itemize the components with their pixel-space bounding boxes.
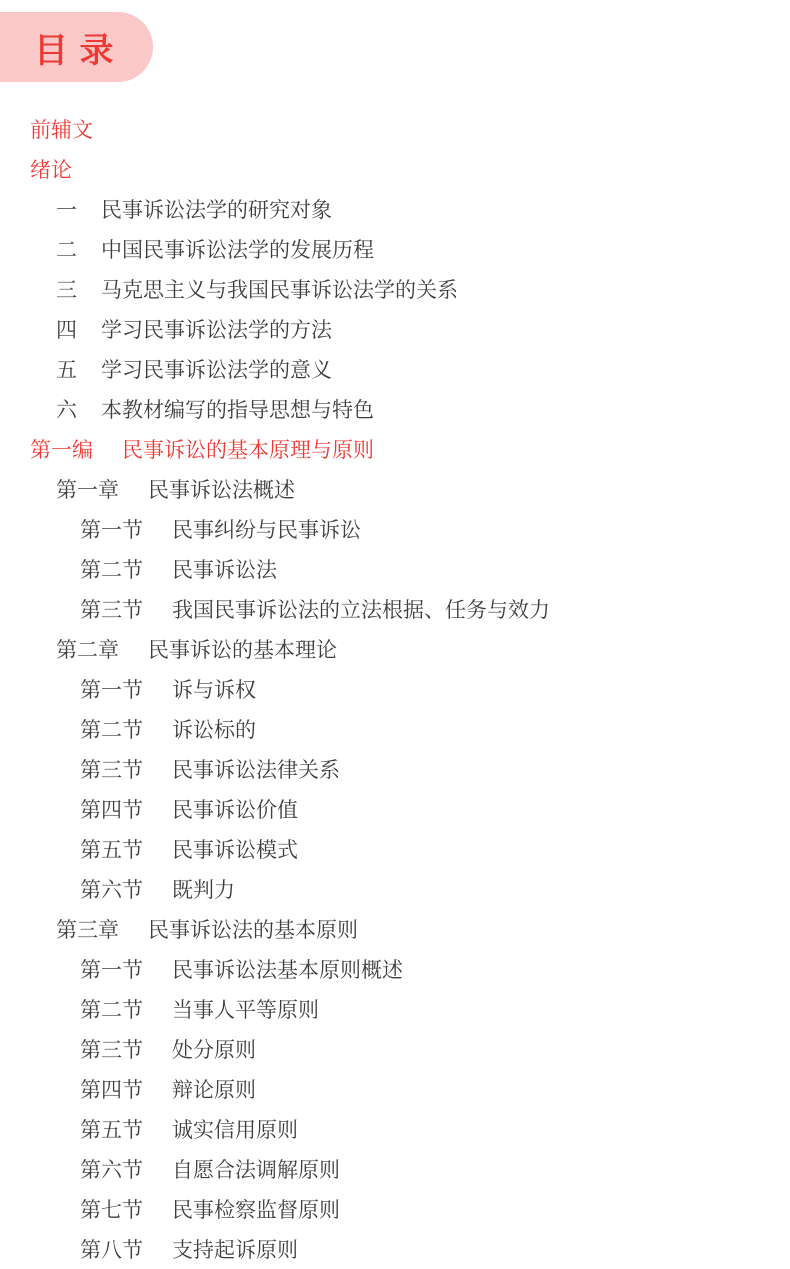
toc-item[interactable]: 第一章民事诉讼法概述 [0,469,790,509]
toc-item[interactable]: 第二节诉讼标的 [0,709,790,749]
toc-item-title: 学习民事诉讼法学的意义 [101,354,332,384]
toc-item-number: 第五节 [80,1114,143,1144]
toc-item[interactable]: 第三章民事诉讼法的基本原则 [0,909,790,949]
toc-item[interactable]: 三马克思主义与我国民事诉讼法学的关系 [0,269,790,309]
toc-item-number: 第四节 [80,1074,143,1104]
toc-item-number: 四 [56,314,77,344]
toc-item[interactable]: 第四节辩论原则 [0,1069,790,1109]
toc-item-number: 二 [56,234,77,264]
toc-item-number: 三 [56,274,77,304]
toc-item-number: 第六节 [80,874,143,904]
toc-item[interactable]: 第四节民事诉讼价值 [0,789,790,829]
toc-item-title: 民事诉讼法概述 [148,474,295,504]
toc-item-number: 第二章 [56,634,119,664]
toc-item-number: 第一节 [80,514,143,544]
toc-item-title: 处分原则 [172,1034,256,1064]
toc-item-number: 第五节 [80,834,143,864]
toc-item-title: 当事人平等原则 [172,994,319,1024]
toc-item[interactable]: 第一节民事诉讼法基本原则概述 [0,949,790,989]
toc-item[interactable]: 第五节诚实信用原则 [0,1109,790,1149]
toc-item-number: 第四节 [80,794,143,824]
toc-item[interactable]: 一民事诉讼法学的研究对象 [0,189,790,229]
toc-item-title: 绪论 [30,154,72,184]
toc-item-title: 自愿合法调解原则 [172,1154,340,1184]
toc-item[interactable]: 第六节既判力 [0,869,790,909]
toc-item-number: 第三节 [80,754,143,784]
toc-item[interactable]: 第一节诉与诉权 [0,669,790,709]
toc-item-number: 第三章 [56,914,119,944]
toc-item[interactable]: 第三节处分原则 [0,1029,790,1069]
toc-item-title: 民事诉讼的基本原理与原则 [122,434,374,464]
toc-item-number: 五 [56,354,77,384]
toc-item-title: 民事诉讼模式 [172,834,298,864]
toc-header-pill: 目 录 [0,12,153,82]
toc-item[interactable]: 前辅文 [0,109,790,149]
toc-item-title: 民事诉讼法律关系 [172,754,340,784]
toc-item-title: 民事检察监督原则 [172,1194,340,1224]
page-title: 目 录 [34,23,114,72]
toc-item-number: 第三节 [80,1034,143,1064]
toc-list: 前辅文绪论一民事诉讼法学的研究对象二中国民事诉讼法学的发展历程三马克思主义与我国… [0,109,790,1269]
toc-item-title: 本教材编写的指导思想与特色 [101,394,374,424]
toc-item-title: 诉讼标的 [172,714,256,744]
toc-item-number: 第三节 [80,594,143,624]
toc-item[interactable]: 第三节我国民事诉讼法的立法根据、任务与效力 [0,589,790,629]
toc-item[interactable]: 绪论 [0,149,790,189]
toc-item[interactable]: 第三节民事诉讼法律关系 [0,749,790,789]
toc-item-title: 诚实信用原则 [172,1114,298,1144]
toc-item-number: 第一节 [80,954,143,984]
toc-item-number: 第二节 [80,714,143,744]
toc-item-title: 诉与诉权 [172,674,256,704]
toc-item-number: 第八节 [80,1234,143,1264]
toc-item[interactable]: 第七节民事检察监督原则 [0,1189,790,1229]
toc-item-title: 民事诉讼法基本原则概述 [172,954,403,984]
toc-item-number: 第二节 [80,994,143,1024]
toc-item-title: 民事诉讼法的基本原则 [148,914,358,944]
toc-item-title: 既判力 [172,874,235,904]
toc-item-title: 中国民事诉讼法学的发展历程 [101,234,374,264]
toc-item-title: 民事诉讼法学的研究对象 [101,194,332,224]
toc-item-number: 六 [56,394,77,424]
toc-item[interactable]: 五学习民事诉讼法学的意义 [0,349,790,389]
toc-item[interactable]: 第二节当事人平等原则 [0,989,790,1029]
toc-item[interactable]: 第一节民事纠纷与民事诉讼 [0,509,790,549]
toc-item-title: 学习民事诉讼法学的方法 [101,314,332,344]
toc-item-title: 马克思主义与我国民事诉讼法学的关系 [101,274,458,304]
toc-item-number: 第二节 [80,554,143,584]
toc-item[interactable]: 四学习民事诉讼法学的方法 [0,309,790,349]
toc-item[interactable]: 六本教材编写的指导思想与特色 [0,389,790,429]
toc-item[interactable]: 第五节民事诉讼模式 [0,829,790,869]
toc-item-title: 民事纠纷与民事诉讼 [172,514,361,544]
toc-item-title: 前辅文 [30,114,93,144]
toc-item-number: 第一编 [30,434,93,464]
toc-item-title: 我国民事诉讼法的立法根据、任务与效力 [172,594,550,624]
toc-item[interactable]: 第一编民事诉讼的基本原理与原则 [0,429,790,469]
toc-item[interactable]: 第二节民事诉讼法 [0,549,790,589]
toc-item-number: 第一节 [80,674,143,704]
toc-item[interactable]: 第六节自愿合法调解原则 [0,1149,790,1189]
toc-item-title: 支持起诉原则 [172,1234,298,1264]
toc-item-number: 第一章 [56,474,119,504]
toc-item-number: 一 [56,194,77,224]
toc-item[interactable]: 第八节支持起诉原则 [0,1229,790,1269]
toc-item-title: 辩论原则 [172,1074,256,1104]
toc-item-number: 第七节 [80,1194,143,1224]
toc-item-title: 民事诉讼价值 [172,794,298,824]
toc-item[interactable]: 第二章民事诉讼的基本理论 [0,629,790,669]
toc-item-title: 民事诉讼法 [172,554,277,584]
toc-item[interactable]: 二中国民事诉讼法学的发展历程 [0,229,790,269]
toc-item-number: 第六节 [80,1154,143,1184]
toc-item-title: 民事诉讼的基本理论 [148,634,337,664]
